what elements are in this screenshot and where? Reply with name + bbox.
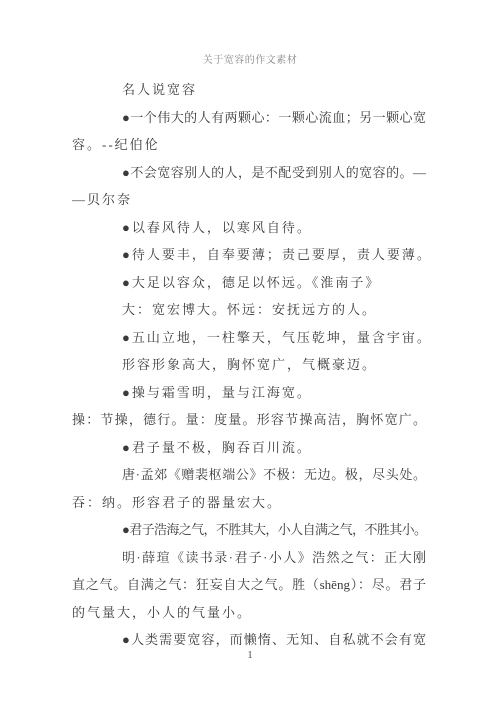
page-number: 1 [0, 650, 500, 661]
text-line: 明·薛瑄《读书录·君子·小人》浩然之气：正大刚 [122, 544, 426, 572]
text-line: 吞：纳。形容君子的器量宏大。 [72, 489, 426, 517]
text-line: ●不会宽容别人的人，是不配受到别人的宽容的。— [122, 159, 426, 187]
text-line: ●君子量不极，胸吞百川流。 [122, 434, 426, 462]
text-line: 唐·孟郊《赠裴枢端公》不极：无边。极，尽头处。 [122, 461, 426, 489]
text-line: ●大足以容众，德足以怀远。《淮南子》 [122, 269, 426, 297]
text-line: —贝尔奈 [72, 186, 426, 214]
document-body: 名人说宽容●一个伟大的人有两颗心：一颗心流血；另一颗心宽容。--纪伯伦●不会宽容… [72, 76, 426, 654]
document-header-title: 关于宽容的作文素材 [0, 51, 500, 66]
text-line: ●以春风待人，以寒风自待。 [122, 214, 426, 242]
text-line: 大：宽宏博大。怀远：安抚远方的人。 [122, 296, 426, 324]
text-line: 直之气。自满之气：狂妄自大之气。胜（shēng）：尽。君子 [72, 571, 426, 599]
text-line: ●五山立地，一柱擎天，气压乾坤，量含宇宙。 [122, 324, 426, 352]
section-heading: 名人说宽容 [122, 76, 426, 104]
text-line: ●操与霜雪明，量与江海宽。 [122, 379, 426, 407]
text-line: 形容形象高大，胸怀宽广，气概豪迈。 [122, 351, 426, 379]
text-line: ●君子浩海之气，不胜其大，小人自满之气，不胜其小。 [122, 516, 426, 544]
text-line: ●待人要丰，自奉要薄；责己要厚，责人要薄。 [122, 241, 426, 269]
text-line: 的气量大，小人的气量小。 [72, 599, 426, 627]
text-line: 容。--纪伯伦 [72, 131, 426, 159]
text-line: 操：节操，德行。量：度量。形容节操高洁，胸怀宽广。 [72, 406, 426, 434]
text-line: ●一个伟大的人有两颗心：一颗心流血；另一颗心宽 [122, 104, 426, 132]
